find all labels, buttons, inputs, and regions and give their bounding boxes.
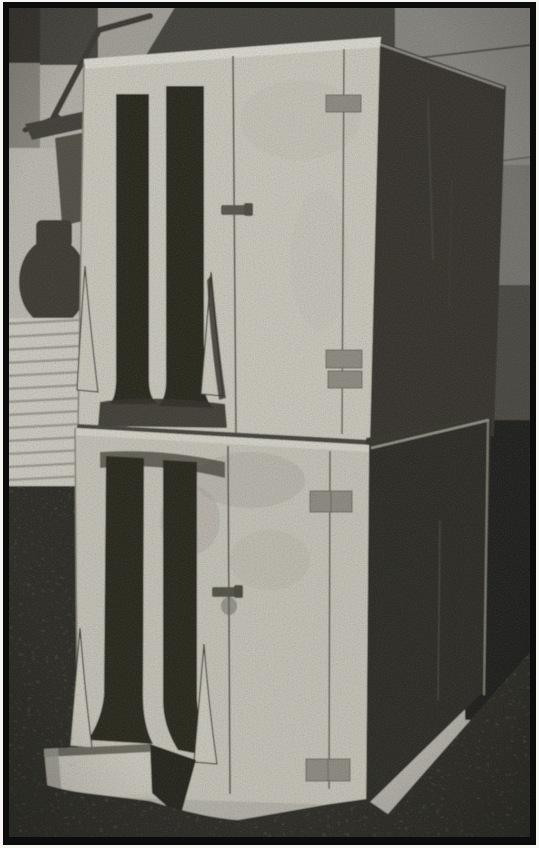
frame-top	[3, 2, 536, 8]
photo-area	[8, 7, 531, 838]
frame-bottom	[3, 837, 536, 845]
photo-page	[0, 0, 539, 848]
stacked-cabinets-photograph	[0, 0, 539, 848]
frame-left	[3, 2, 9, 845]
frame-right	[530, 2, 536, 845]
vignette	[8, 7, 531, 838]
